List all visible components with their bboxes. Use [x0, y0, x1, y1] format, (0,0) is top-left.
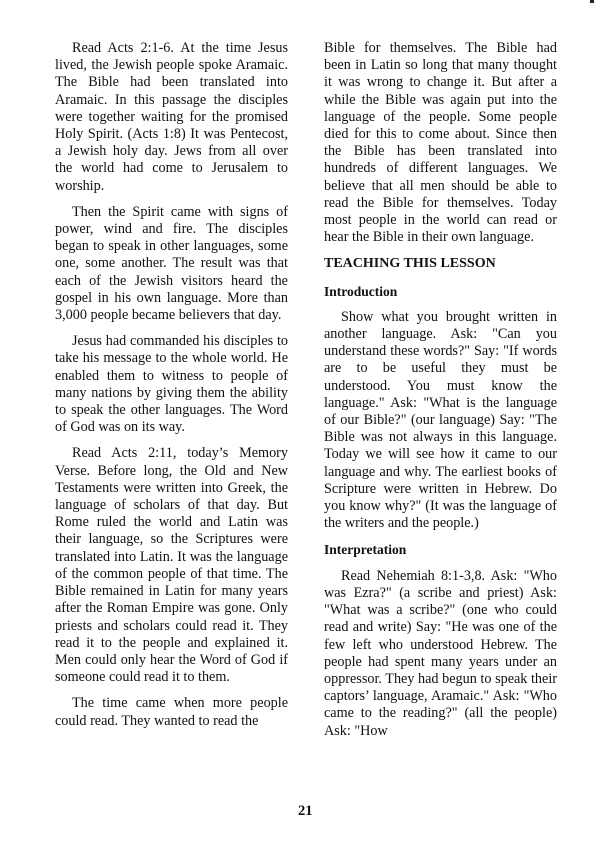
paragraph-acts-2-1-6: Read Acts 2:1-6. At the time Jesus lived…: [55, 40, 288, 195]
scan-corner-mark: [590, 0, 594, 3]
paragraph-spirit-came: Then the Spirit came with signs of power…: [55, 204, 288, 324]
paragraph-introduction: Show what you brought written in another…: [324, 309, 557, 533]
paragraph-continuation: Bible for themselves. The Bible had been…: [324, 40, 557, 246]
right-column: Bible for themselves. The Bible had been…: [324, 40, 557, 749]
left-column: Read Acts 2:1-6. At the time Jesus lived…: [55, 40, 288, 739]
subheading-introduction: Introduction: [324, 283, 557, 300]
paragraph-interpretation: Read Nehemiah 8:1-3,8. Ask: "Who was Ezr…: [324, 568, 557, 740]
paragraph-jesus-commanded: Jesus had commanded his disciples to tak…: [55, 333, 288, 436]
paragraph-time-came: The time came when more people could rea…: [55, 695, 288, 729]
subheading-interpretation: Interpretation: [324, 541, 557, 558]
paragraph-acts-2-11: Read Acts 2:11, today’s Memory Verse. Be…: [55, 445, 288, 686]
section-heading-teaching: TEACHING THIS LESSON: [324, 255, 557, 272]
page-number: 21: [298, 803, 313, 820]
